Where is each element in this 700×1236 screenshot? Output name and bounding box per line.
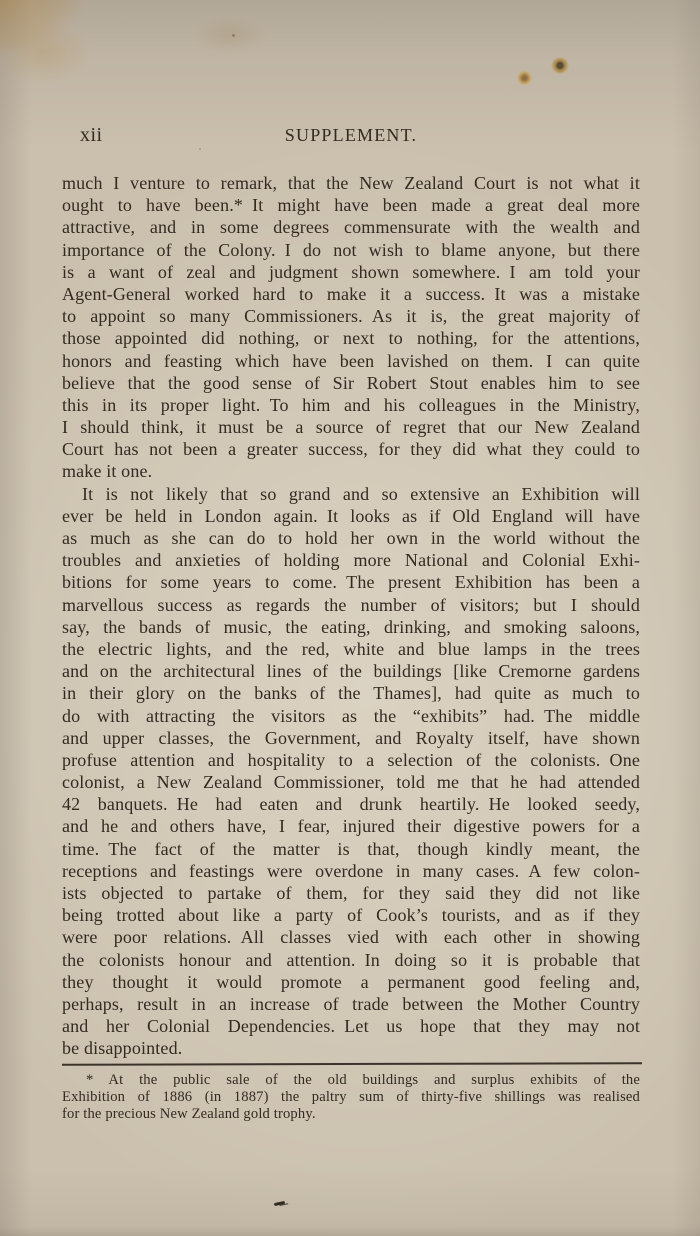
body-paragraph-2: It is not likely that so grand and so ex…	[62, 483, 640, 1060]
text-line: in their glory on the banks of the Thame…	[62, 682, 640, 704]
text-line: they thought it would promote a permanen…	[62, 971, 640, 993]
text-line: marvellous success as regards the number…	[62, 594, 640, 616]
text-line: and he and others have, I fear, injured …	[62, 815, 640, 837]
text-line: ists objected to partake of them, for th…	[62, 882, 640, 904]
paper-stain-spot	[517, 71, 532, 85]
text-line: this in its proper light. To him and his…	[62, 394, 640, 416]
text-line: and upper classes, the Government, and R…	[62, 727, 640, 749]
paper-stain-spot	[551, 57, 569, 74]
text-line: say, the bands of music, the eating, dri…	[62, 616, 640, 638]
text-line: ought to have been.* It might have been …	[62, 194, 640, 216]
text-line: Agent-General worked hard to make it a s…	[62, 283, 640, 305]
footnote: * At the public sale of the old building…	[62, 1072, 640, 1122]
text-line: to appoint so many Commissioners. As it …	[62, 305, 640, 327]
text-line: bitions for some years to come. The pres…	[62, 571, 640, 593]
text-line: ever be held in London again. It looks a…	[62, 505, 640, 527]
text-line: were poor relations. All classes vied wi…	[62, 926, 640, 948]
text-line: for the precious New Zealand gold trophy…	[62, 1106, 640, 1123]
footnote-divider	[62, 1062, 642, 1066]
text-line: as much as she can do to hold her own in…	[62, 527, 640, 549]
text-line: is a want of zeal and judgment shown som…	[62, 261, 640, 283]
running-title: SUPPLEMENT.	[62, 125, 640, 146]
text-line: perhaps, result in an increase of trade …	[62, 993, 640, 1015]
text-line: those appointed did nothing, or next to …	[62, 327, 640, 349]
text-line: troubles and anxieties of holding more N…	[62, 549, 640, 571]
body-paragraph-1: much I venture to remark, that the New Z…	[62, 172, 640, 483]
book-page: xii SUPPLEMENT. much I venture to remark…	[0, 0, 700, 1236]
running-head: xii SUPPLEMENT.	[62, 124, 640, 148]
text-line: receptions and feastings were overdone i…	[62, 860, 640, 882]
text-line: colonist, a New Zealand Commissioner, to…	[62, 771, 640, 793]
text-line: honors and feasting which have been lavi…	[62, 350, 640, 372]
text-line: It is not likely that so grand and so ex…	[62, 483, 640, 505]
text-line: 42 banquets. He had eaten and drunk hear…	[62, 793, 640, 815]
text-line: the colonists honour and attention. In d…	[62, 949, 640, 971]
text-line: I should think, it must be a source of r…	[62, 416, 640, 438]
body-text: much I venture to remark, that the New Z…	[62, 172, 640, 1060]
text-line: time. The fact of the matter is that, th…	[62, 838, 640, 860]
text-line: Court has not been a greater success, fo…	[62, 438, 640, 460]
text-line: and on the architectural lines of the bu…	[62, 660, 640, 682]
text-line: be disappointed.	[62, 1037, 640, 1059]
text-line: make it one.	[62, 460, 640, 482]
paper-speck	[232, 34, 235, 37]
text-line: importance of the Colony. I do not wish …	[62, 239, 640, 261]
text-line: much I venture to remark, that the New Z…	[62, 172, 640, 194]
text-line: believe that the good sense of Sir Rober…	[62, 372, 640, 394]
text-line: and her Colonial Dependencies. Let us ho…	[62, 1015, 640, 1037]
text-line: being trotted about like a party of Cook…	[62, 904, 640, 926]
text-line: the electric lights, and the red, white …	[62, 638, 640, 660]
text-line: Exhibition of 1886 (in 1887) the paltry …	[62, 1089, 640, 1106]
paper-speck	[199, 148, 201, 150]
text-line: do with attracting the visitors as the “…	[62, 705, 640, 727]
text-line: profuse attention and hospitality to a s…	[62, 749, 640, 771]
text-line: attractive, and in some degrees commensu…	[62, 216, 640, 238]
ink-mark	[274, 1201, 285, 1206]
text-line: * At the public sale of the old building…	[62, 1072, 640, 1089]
